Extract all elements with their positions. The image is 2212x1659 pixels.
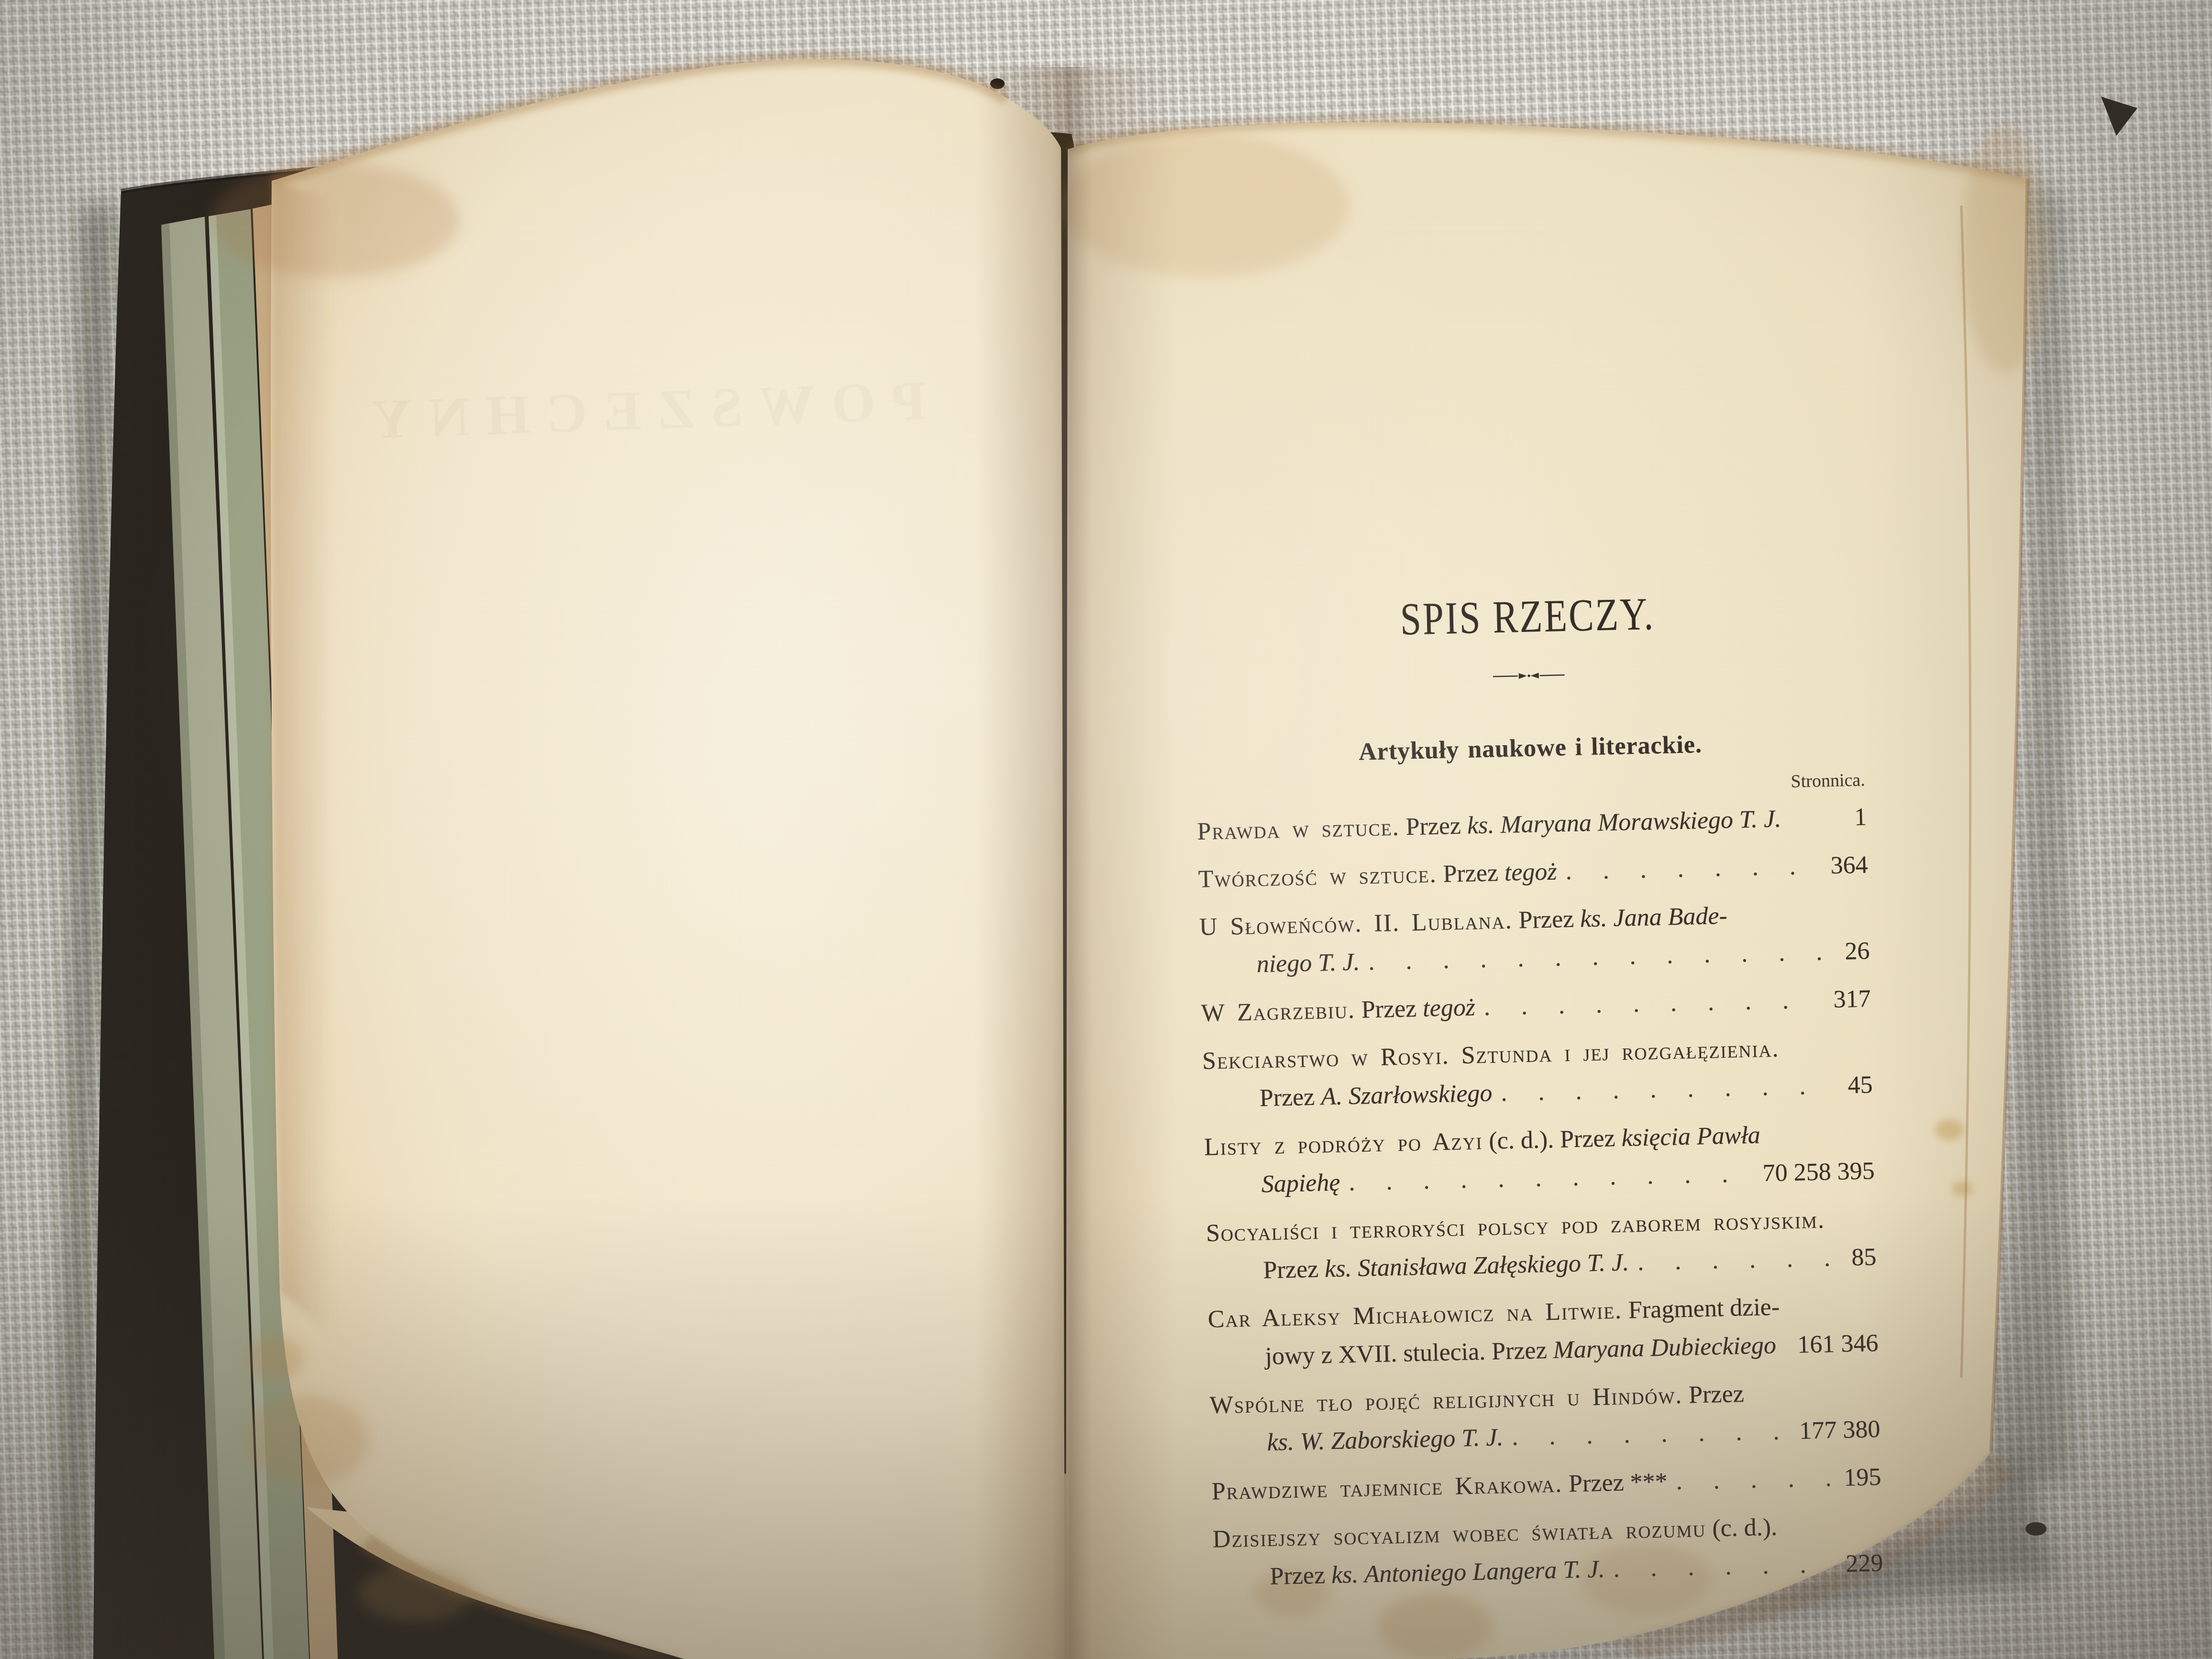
page-title: SPIS RZECZY. bbox=[1252, 584, 1803, 649]
indent bbox=[1209, 1364, 1265, 1366]
toc-entry-line: Prawdziwe tajemnice Krakowa. Przez *** .… bbox=[1211, 1458, 1881, 1511]
author-text: ks. Maryana Morawskiego T. J. bbox=[1467, 800, 1781, 845]
page-number: 1 bbox=[1840, 798, 1868, 837]
indent bbox=[1214, 1584, 1270, 1586]
entry-title-text: Przez bbox=[1259, 1078, 1321, 1117]
toc-entry-line: W Zagrzebiu. Przez tegoż . . . . . . . .… bbox=[1201, 980, 1871, 1033]
entry-title-text: (c. d.). bbox=[1705, 1508, 1777, 1548]
entry-title-text: jowy z XVII. stulecia. Przez bbox=[1265, 1331, 1554, 1376]
toc-entry: Prawdziwe tajemnice Krakowa. Przez *** .… bbox=[1211, 1458, 1881, 1511]
left-page bbox=[271, 59, 1065, 1659]
section-divider-ornament bbox=[1194, 662, 1864, 692]
indent bbox=[1207, 1278, 1263, 1280]
page-number: 161 346 bbox=[1783, 1324, 1879, 1364]
page-number: 85 bbox=[1837, 1238, 1877, 1277]
author-text: ks. Stanisława Załęskiego T. J. bbox=[1324, 1243, 1629, 1288]
leader-dots: . . . . . . . . . . . . . . . . . . . . … bbox=[1667, 1459, 1830, 1501]
leader-dots: . . . . . . . . . . . . . . . . . . . . … bbox=[1604, 1545, 1832, 1588]
indent bbox=[1211, 1450, 1267, 1452]
toc-entry: W Zagrzebiu. Przez tegoż . . . . . . . .… bbox=[1201, 980, 1871, 1033]
toc-entry: Wspólne tło pojęć religijnych u Hindów. … bbox=[1209, 1372, 1880, 1463]
toc-entry-line: Twórczość w sztuce. Przez tegoż . . . . … bbox=[1198, 846, 1868, 899]
dark-fleck bbox=[2025, 1522, 2046, 1536]
entry-title-text: Przez bbox=[1682, 1375, 1744, 1415]
author-text: niego T. J. bbox=[1256, 943, 1360, 984]
author-text: ks. W. Zaborskiego T. J. bbox=[1267, 1418, 1504, 1462]
leader-dots: . . . . . . . . . . . . . . . . . . . . … bbox=[1492, 1067, 1834, 1113]
entry-title-text: Prawda w sztuce. bbox=[1197, 808, 1400, 851]
entry-title-text: Przez bbox=[1355, 990, 1423, 1029]
indent bbox=[1203, 1106, 1260, 1107]
page-number: 26 bbox=[1830, 932, 1870, 971]
page-column-label: Stronnica. bbox=[1196, 769, 1867, 805]
toc-entry: U Słoweńców. II. Lublana. Przez ks. Jana… bbox=[1199, 894, 1870, 985]
leader-dots: . . . . . . . . . . . . . . . . . . . . … bbox=[1628, 1239, 1837, 1282]
toc-entry: Dzisiejszy socyalizm wobec światła rozum… bbox=[1212, 1506, 1883, 1597]
arrow-bowtie-divider-icon bbox=[1493, 669, 1565, 683]
cover-corner-top-right bbox=[2101, 97, 2137, 136]
toc-entry: Car Aleksy Michałowicz na Litwie. Fragme… bbox=[1207, 1286, 1879, 1377]
toc-entries: Prawda w sztuce. Przez ks. Maryana Moraw… bbox=[1197, 798, 1883, 1597]
author-text: tegoż bbox=[1504, 853, 1557, 892]
entry-title-text: (c. d.). Przez bbox=[1482, 1119, 1622, 1161]
page-number: 364 bbox=[1816, 846, 1869, 885]
page-number: 177 380 bbox=[1784, 1410, 1880, 1450]
page-number: 45 bbox=[1833, 1066, 1873, 1105]
entry-title-text: Przez bbox=[1270, 1556, 1332, 1596]
entry-title-text: Przez *** bbox=[1562, 1463, 1668, 1504]
entry-title-text: Twórczość w sztuce. bbox=[1198, 855, 1437, 899]
page-number: 195 bbox=[1829, 1458, 1882, 1497]
toc-entry-line: Prawda w sztuce. Przez ks. Maryana Moraw… bbox=[1197, 798, 1867, 851]
open-book-illustration bbox=[0, 0, 2212, 1659]
leader-dots: . . . . . . . . . . . . . . . . . . . . … bbox=[1475, 981, 1819, 1027]
author-text: tegoż bbox=[1422, 988, 1475, 1028]
spacer bbox=[1781, 826, 1840, 827]
table-of-contents: SPIS RZECZY. Artykuły naukowe i literack… bbox=[1192, 582, 1884, 1606]
author-text: ks. Jana Bade- bbox=[1580, 897, 1727, 939]
entry-title-text: Przez bbox=[1399, 807, 1468, 847]
toc-entry: Sekciarstwo w Rosyi. Sztunda i jej rozga… bbox=[1202, 1028, 1873, 1119]
entry-title-text: Prawdziwe tajemnice Krakowa. bbox=[1211, 1465, 1563, 1511]
entry-title-text: W Zagrzebiu. bbox=[1201, 991, 1356, 1033]
entry-title-text: Listy z podróży po Azyi bbox=[1204, 1122, 1483, 1167]
author-text: A. Szarłowskiego bbox=[1320, 1074, 1493, 1117]
author-text: Sapiehę bbox=[1261, 1164, 1340, 1204]
photo-scene: POWSZECHNY SPIS RZECZY. Artykuły naukowe… bbox=[0, 0, 2212, 1659]
author-text: księcia Pawła bbox=[1621, 1116, 1761, 1157]
author-text: Maryana Dubieckiego bbox=[1553, 1327, 1777, 1370]
toc-entry: Socyaliści i terroryści polscy pod zabor… bbox=[1206, 1200, 1877, 1291]
entry-title-text: U Słoweńców. II. Lublana. bbox=[1199, 902, 1513, 947]
gutter-shadow bbox=[976, 67, 1177, 1659]
leader-dots: . . . . . . . . . . . . . . . . . . . . … bbox=[1557, 847, 1817, 891]
toc-entry: Twórczość w sztuce. Przez tegoż . . . . … bbox=[1198, 846, 1868, 899]
indent bbox=[1205, 1192, 1261, 1194]
section-heading: Artykuły naukowe i literackie. bbox=[1195, 727, 1866, 770]
leader-dots: . . . . . . . . . . . . . . . . . . . . … bbox=[1503, 1412, 1786, 1457]
toc-entry: Listy z podróży po Azyi (c. d.). Przez k… bbox=[1204, 1114, 1875, 1205]
entry-title-text: Fragment dzie- bbox=[1622, 1288, 1780, 1330]
page-number: 229 bbox=[1831, 1544, 1884, 1583]
entry-title-text: Przez bbox=[1263, 1250, 1325, 1290]
entry-title-text: Przez bbox=[1512, 900, 1581, 940]
page-number: 317 bbox=[1819, 980, 1871, 1019]
page-number: 70 258 395 bbox=[1748, 1152, 1875, 1193]
author-text: ks. Antoniego Langera T. J. bbox=[1331, 1550, 1605, 1594]
indent bbox=[1200, 972, 1257, 973]
toc-entry: Prawda w sztuce. Przez ks. Maryana Moraw… bbox=[1197, 798, 1867, 851]
entry-title-text: Przez bbox=[1437, 854, 1505, 894]
